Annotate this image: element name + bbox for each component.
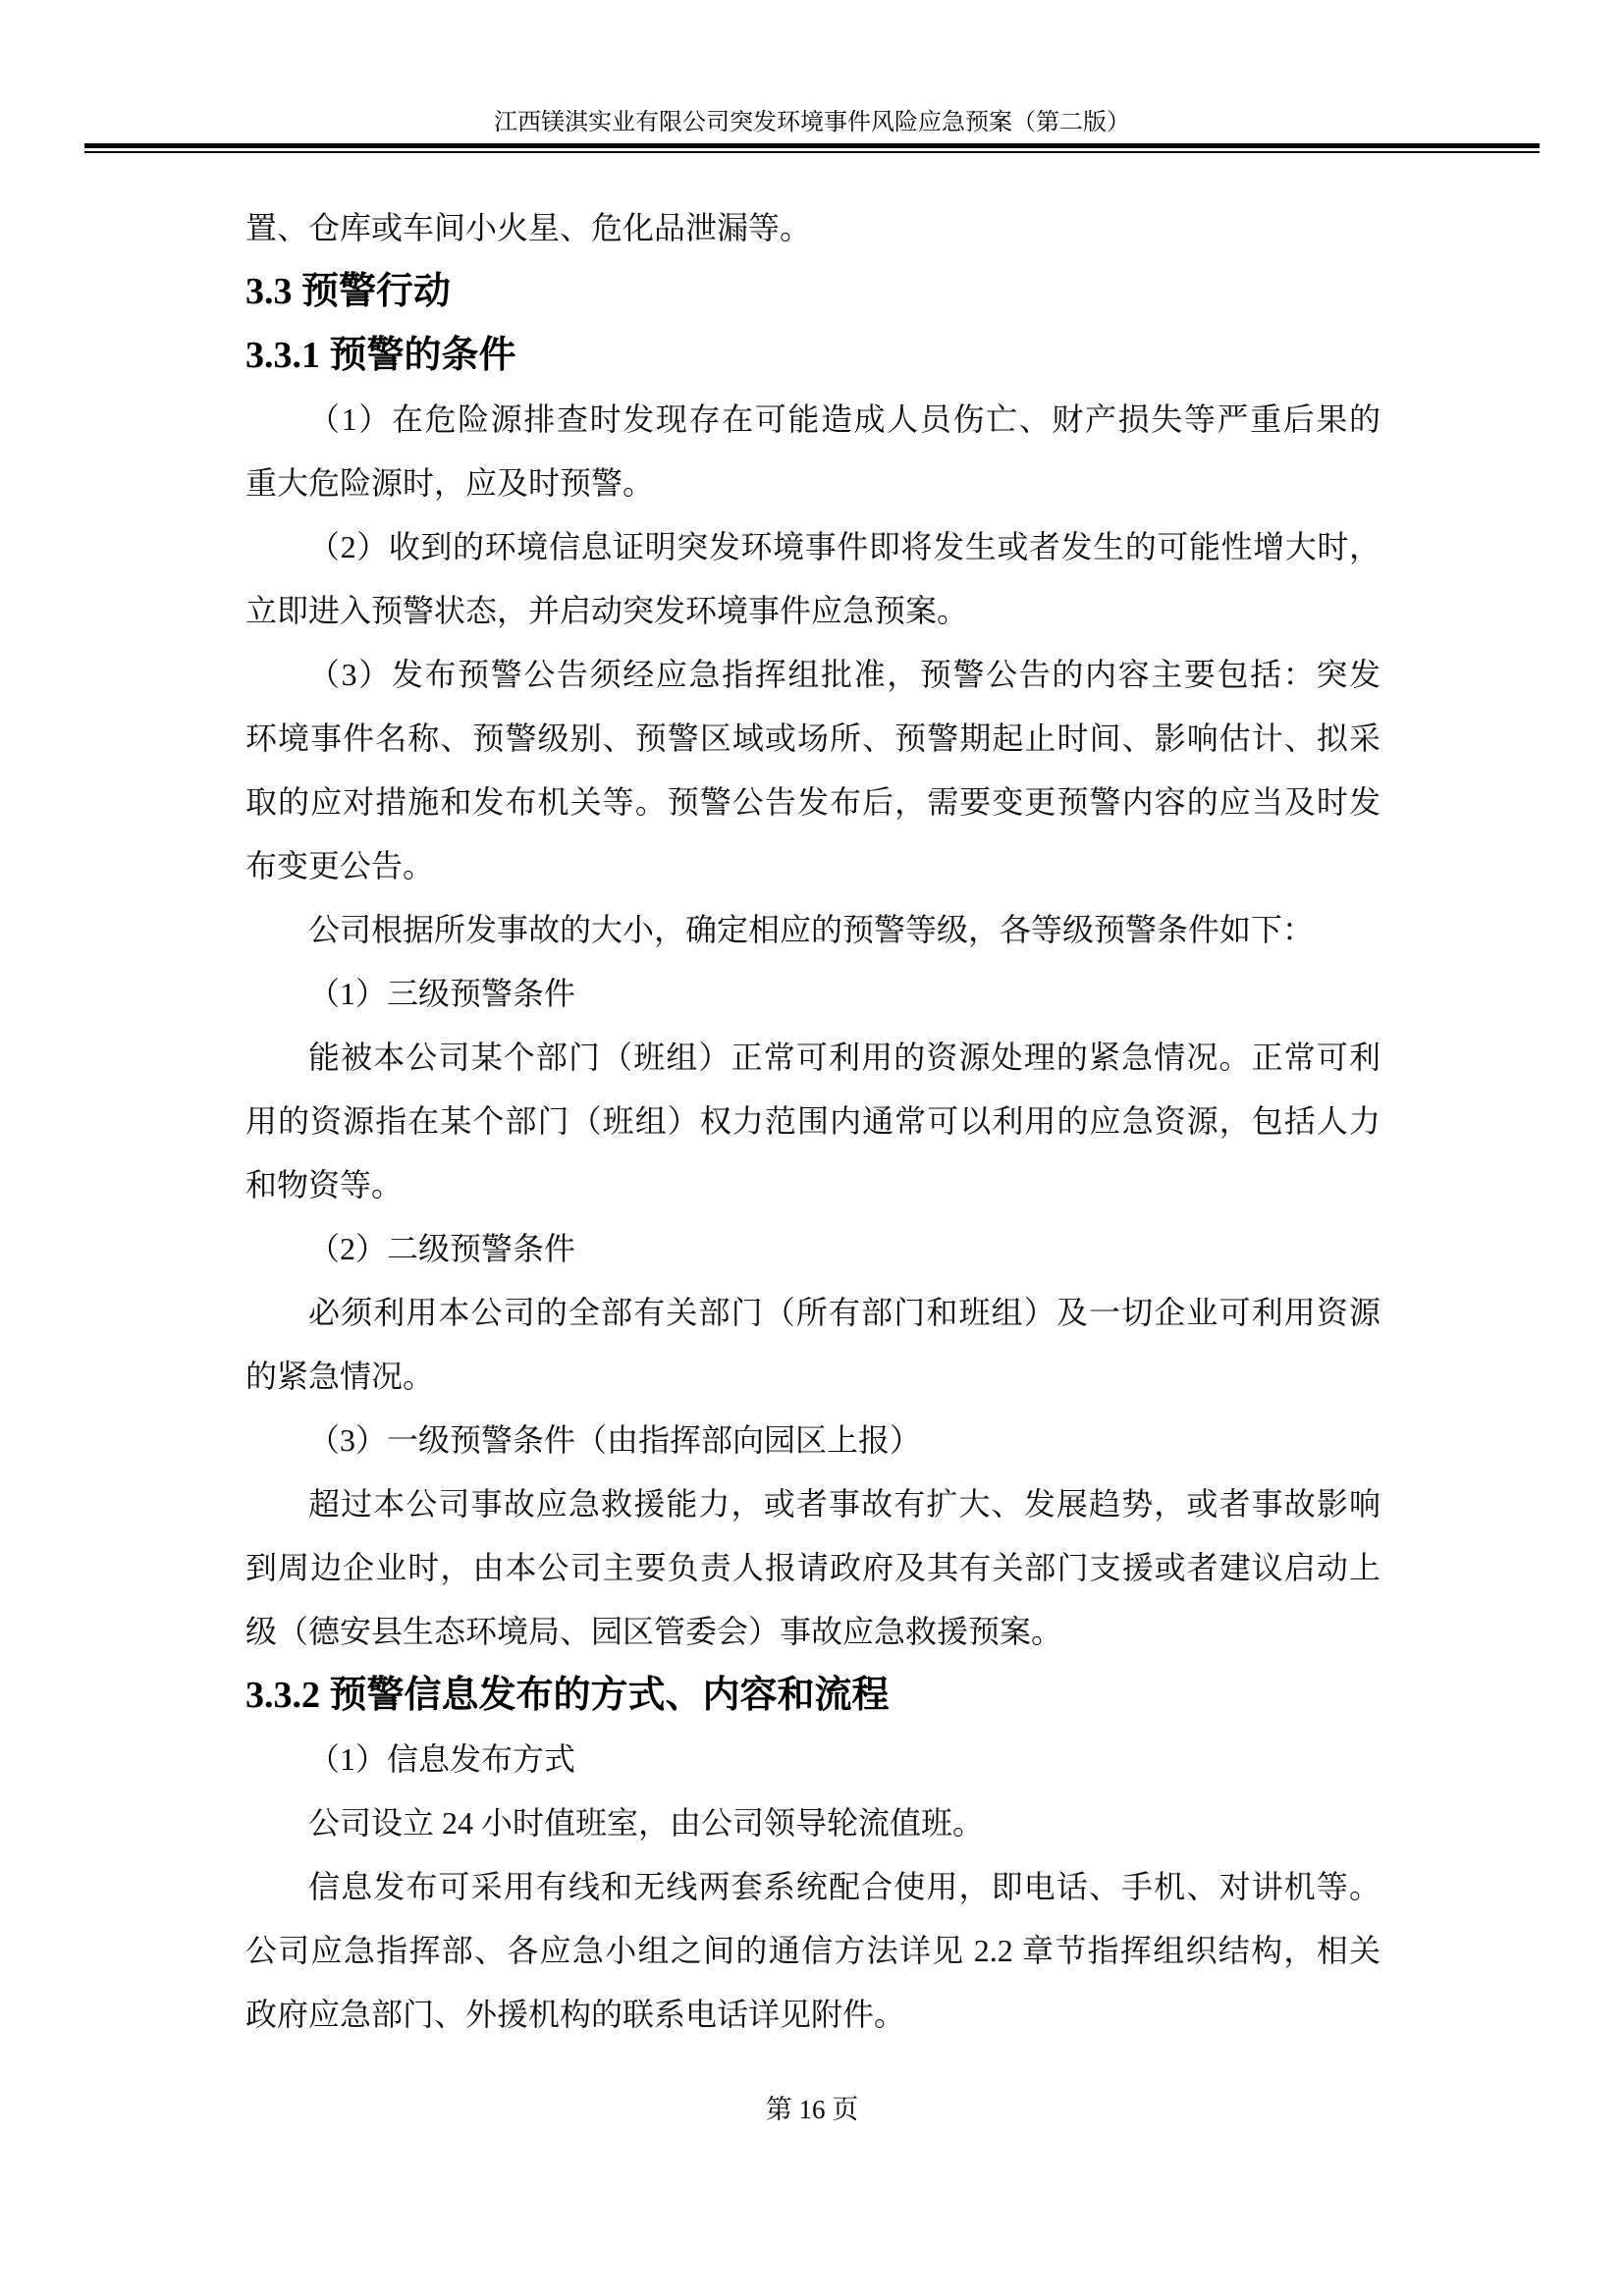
text-line: 必须利用本公司的全部有关部门（所有部门和班组）及一切企业可利用资源 <box>245 1281 1380 1345</box>
text-line: 环境事件名称、预警级别、预警区域或场所、预警期起止时间、影响估计、拟采 <box>245 707 1380 771</box>
text-line: 到周边企业时，由本公司主要负责人报请政府及其有关部门支援或者建议启动上 <box>245 1536 1380 1600</box>
text-line: （2）收到的环境信息证明突发环境事件即将发生或者发生的可能性增大时， <box>245 515 1380 579</box>
document-page: 江西镁淇实业有限公司突发环境事件风险应急预案（第二版） 置、仓库或车间小火星、危… <box>0 0 1624 2296</box>
text-line: 政府应急部门、外援机构的联系电话详见附件。 <box>245 1983 1380 2047</box>
text-line: 级（德安县生态环境局、园区管委会）事故应急救援预案。 <box>245 1600 1380 1664</box>
text-line: 公司应急指挥部、各应急小组之间的通信方法详见 2.2 章节指挥组织结构，相关 <box>245 1919 1380 1983</box>
text-line: （3）发布预警公告须经应急指挥组批准，预警公告的内容主要包括：突发 <box>245 643 1380 707</box>
text-line: 的紧急情况。 <box>245 1345 1380 1409</box>
page-footer: 第 16 页 <box>0 2089 1624 2130</box>
header-title: 江西镁淇实业有限公司突发环境事件风险应急预案（第二版） <box>494 110 1130 135</box>
document-body: 置、仓库或车间小火星、危化品泄漏等。3.3 预警行动3.3.1 预警的条件（1）… <box>245 196 1380 2047</box>
text-line: 超过本公司事故应急救援能力，或者事故有扩大、发展趋势，或者事故影响 <box>245 1472 1380 1536</box>
text-line: （3）一级预警条件（由指挥部向园区上报） <box>245 1409 1380 1472</box>
page-number: 第 16 页 <box>766 2095 859 2124</box>
text-line: 布变更公告。 <box>245 834 1380 898</box>
section-heading: 3.3.1 预警的条件 <box>245 324 1380 388</box>
text-line: 重大危险源时，应及时预警。 <box>245 452 1380 515</box>
text-line: （2）二级预警条件 <box>245 1217 1380 1281</box>
text-line: 和物资等。 <box>245 1153 1380 1217</box>
text-line: 置、仓库或车间小火星、危化品泄漏等。 <box>245 196 1380 260</box>
text-line: 公司设立 24 小时值班室，由公司领导轮流值班。 <box>245 1791 1380 1855</box>
page-header: 江西镁淇实业有限公司突发环境事件风险应急预案（第二版） <box>0 108 1624 137</box>
text-line: 能被本公司某个部门（班组）正常可利用的资源处理的紧急情况。正常可利 <box>245 1026 1380 1090</box>
text-line: 公司根据所发事故的大小，确定相应的预警等级，各等级预警条件如下： <box>245 898 1380 962</box>
section-heading: 3.3.2 预警信息发布的方式、内容和流程 <box>245 1664 1380 1728</box>
text-line: （1）信息发布方式 <box>245 1728 1380 1791</box>
text-line: 立即进入预警状态，并启动突发环境事件应急预案。 <box>245 579 1380 643</box>
text-line: 用的资源指在某个部门（班组）权力范围内通常可以利用的应急资源，包括人力 <box>245 1090 1380 1153</box>
header-rule <box>84 143 1540 153</box>
text-line: 信息发布可采用有线和无线两套系统配合使用，即电话、手机、对讲机等。 <box>245 1855 1380 1919</box>
text-line: （1）三级预警条件 <box>245 962 1380 1026</box>
content-lines: 置、仓库或车间小火星、危化品泄漏等。3.3 预警行动3.3.1 预警的条件（1）… <box>245 196 1380 2047</box>
text-line: 取的应对措施和发布机关等。预警公告发布后，需要变更预警内容的应当及时发 <box>245 771 1380 834</box>
text-line: （1）在危险源排查时发现存在可能造成人员伤亡、财产损失等严重后果的 <box>245 388 1380 452</box>
section-heading: 3.3 预警行动 <box>245 260 1380 324</box>
